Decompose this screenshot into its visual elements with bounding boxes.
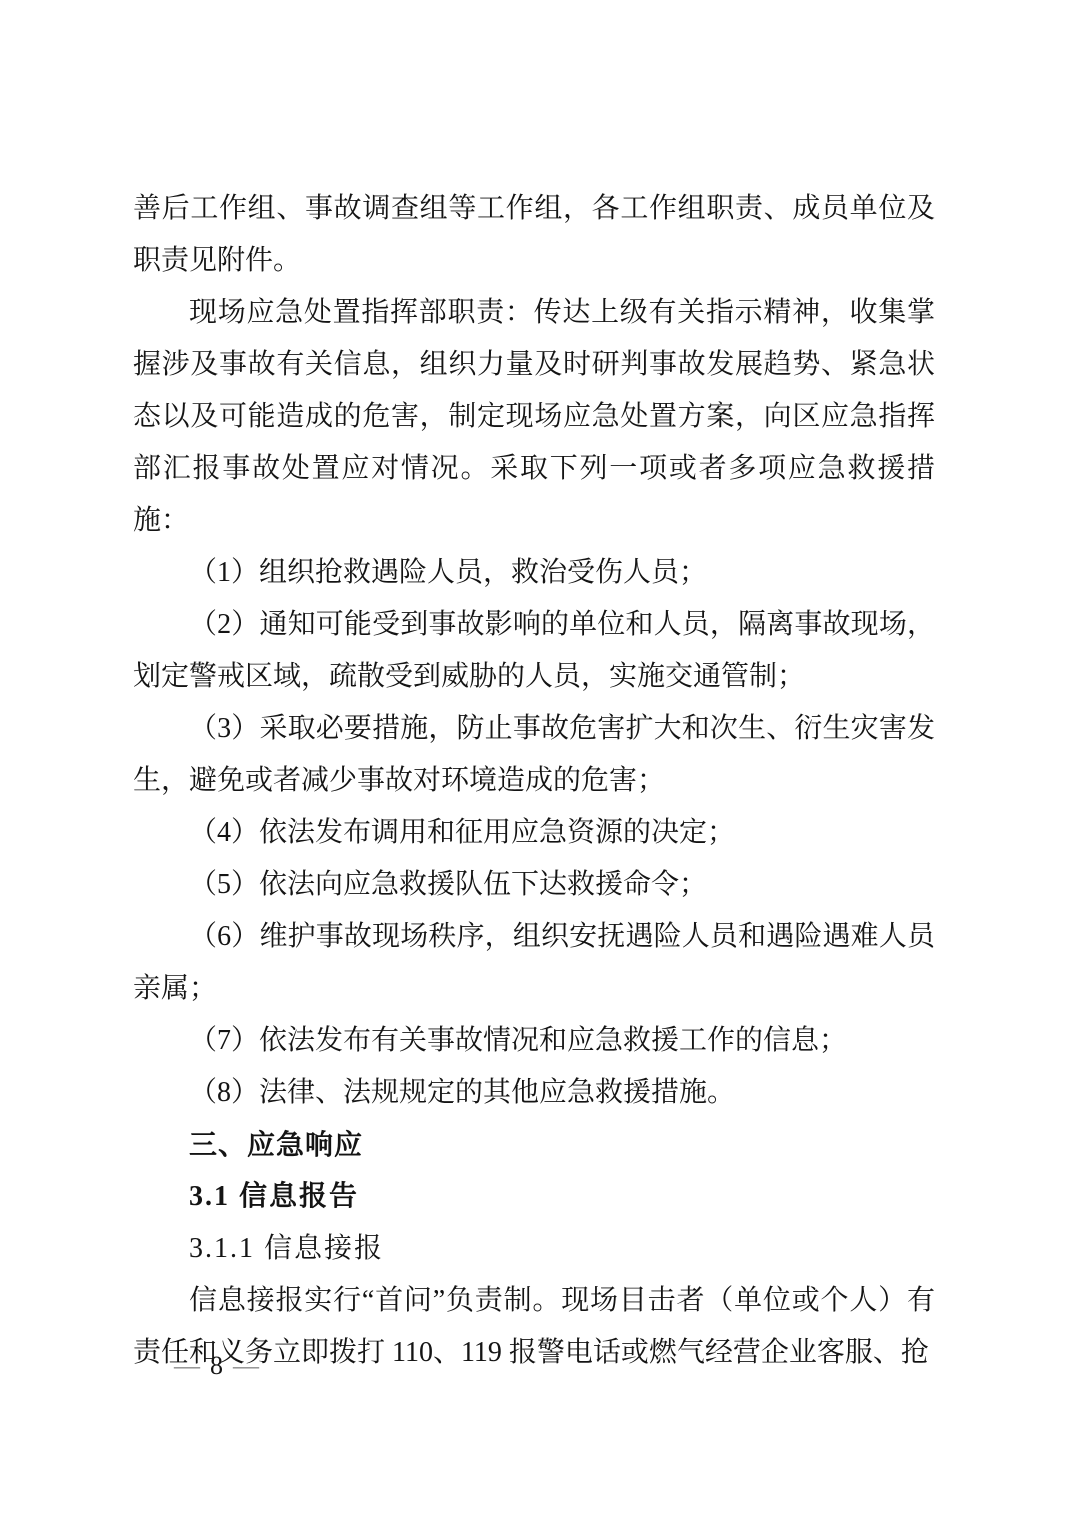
para-command-post-duties: 现场应急处置指挥部职责：传达上级有关指示精神，收集掌握涉及事故有关信息，组织力量… (133, 287, 935, 547)
list-item-6: （6）维护事故现场秩序，组织安抚遇险人员和遇险遇难人员亲属； (133, 911, 935, 1015)
list-item-7: （7）依法发布有关事故情况和应急救援工作的信息； (133, 1015, 935, 1067)
list-item-3: （3）采取必要措施，防止事故危害扩大和次生、衍生灾害发生，避免或者减少事故对环境… (133, 703, 935, 807)
footer-right-dash: — (227, 1351, 265, 1380)
heading-3-1: 3.1 信息报告 (133, 1171, 935, 1223)
list-item-1: （1）组织抢救遇险人员，救治受伤人员； (133, 547, 935, 599)
document-body: 善后工作组、事故调查组等工作组，各工作组职责、成员单位及职责见附件。 现场应急处… (133, 183, 935, 1379)
list-item-2: （2）通知可能受到事故影响的单位和人员，隔离事故现场，划定警戒区域，疏散受到威胁… (133, 599, 935, 703)
page-number: 8 (206, 1351, 227, 1380)
list-item-4: （4）依法发布调用和征用应急资源的决定； (133, 807, 935, 859)
para-workgroups-continuation: 善后工作组、事故调查组等工作组，各工作组职责、成员单位及职责见附件。 (133, 183, 935, 287)
footer-left-dash: — (168, 1351, 206, 1380)
heading-3-1-1: 3.1.1 信息接报 (133, 1223, 935, 1275)
document-page: 善后工作组、事故调查组等工作组，各工作组职责、成员单位及职责见附件。 现场应急处… (0, 0, 1074, 1520)
list-item-5: （5）依法向应急救援队伍下达救援命令； (133, 859, 935, 911)
list-item-8: （8）法律、法规规定的其他应急救援措施。 (133, 1067, 935, 1119)
page-footer: —8— (168, 1346, 265, 1386)
heading-section-3: 三、应急响应 (133, 1119, 935, 1171)
